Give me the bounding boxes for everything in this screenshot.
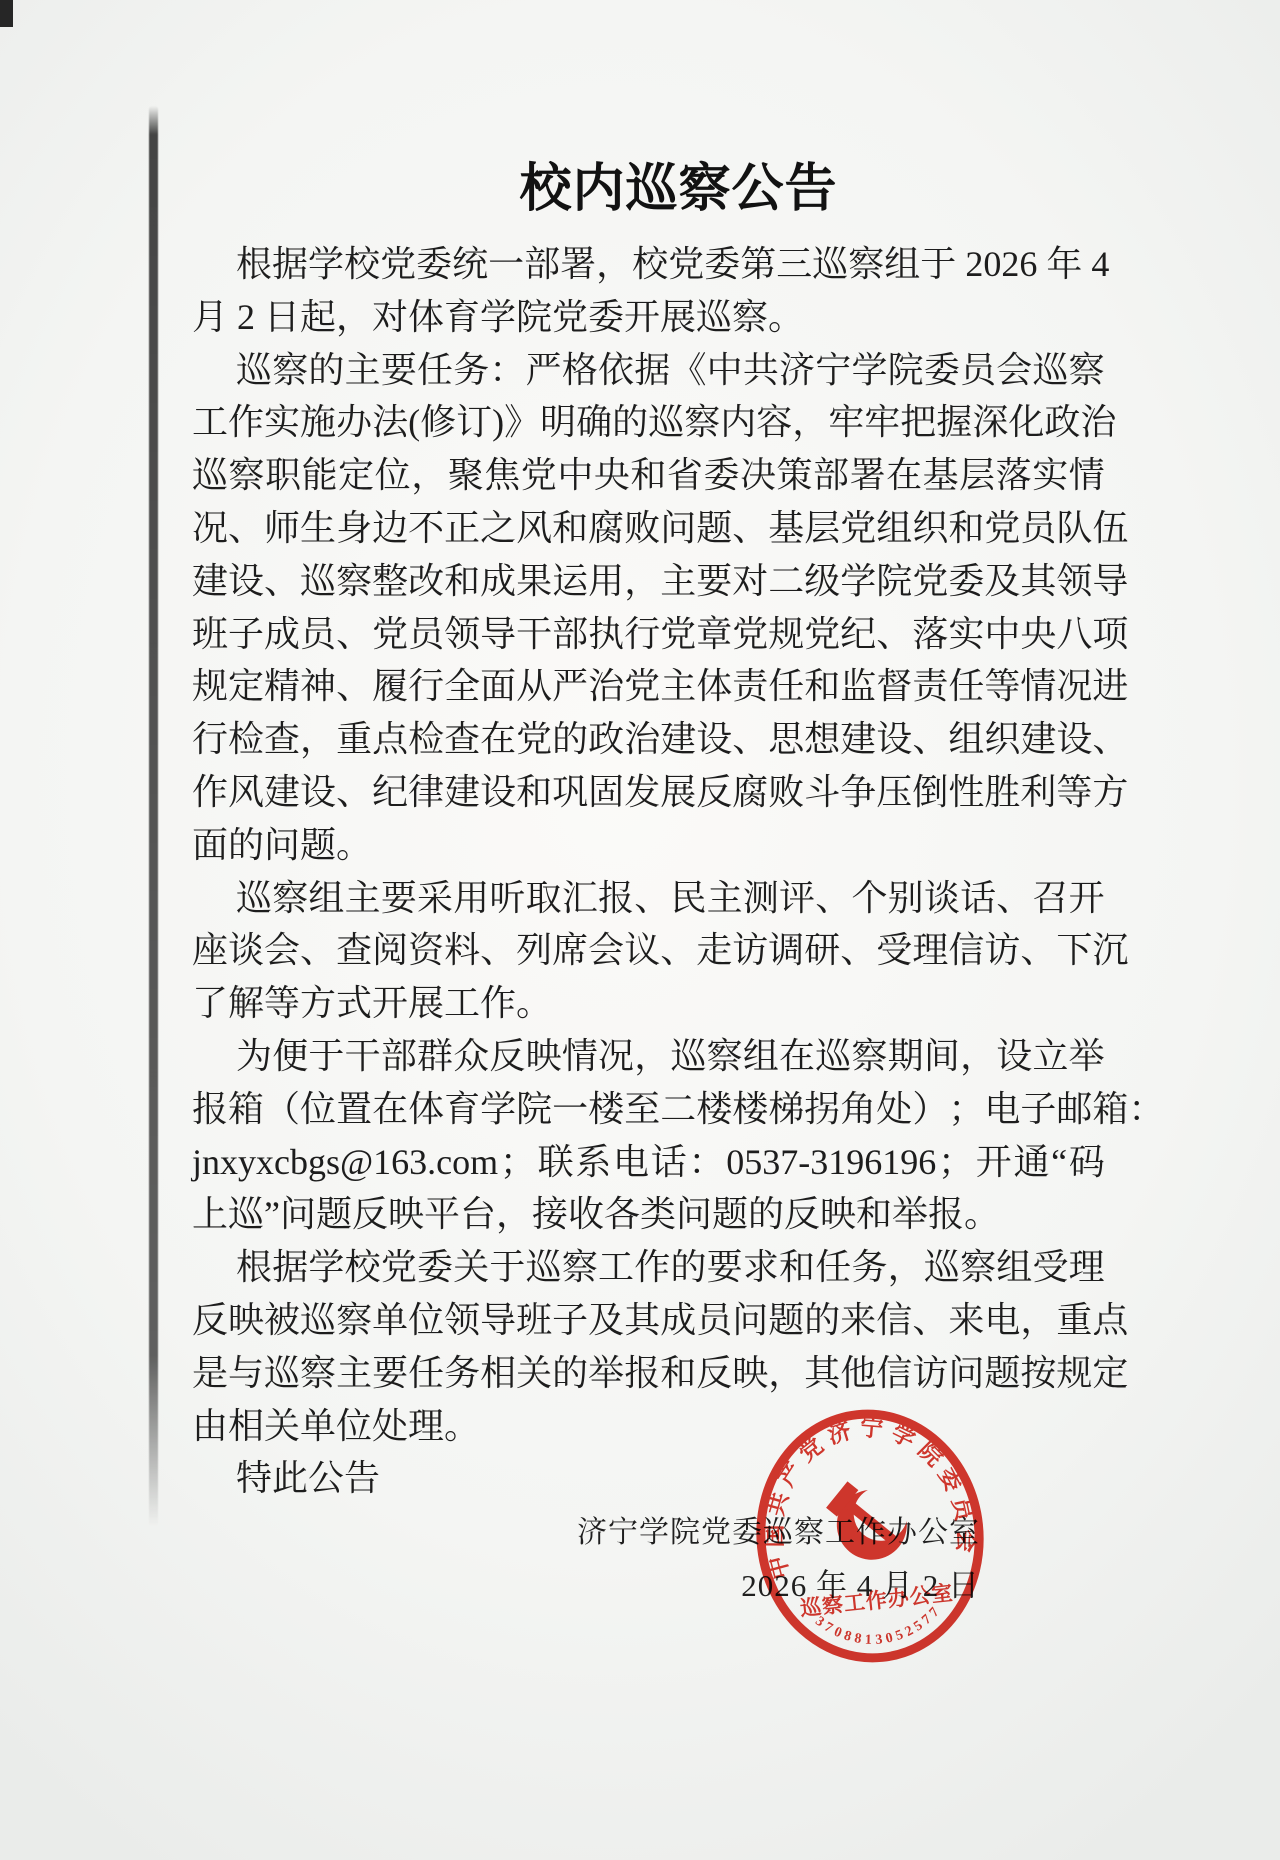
hammer-sickle-icon	[824, 1475, 913, 1564]
text-line: 根据学校党委关于巡察工作的要求和任务，巡察组受理	[192, 1241, 1105, 1294]
document-body: 根据学校党委统一部署，校党委第三巡察组于 2026 年 4月 2 日起，对体育学…	[192, 238, 1105, 1505]
text-line: 报箱（位置在体育学院一楼至二楼楼梯拐角处）；电子邮箱：	[192, 1083, 1105, 1136]
text-line: 是与巡察主要任务相关的举报和反映，其他信访问题按规定	[192, 1347, 1105, 1400]
text-line: 巡察组主要采用听取汇报、民主测评、个别谈话、召开	[192, 872, 1105, 925]
text-line: 面的问题。	[192, 819, 1105, 872]
official-seal: 中国共产党济宁学院委员会 巡察工作办公室 3708813052577	[739, 1392, 1001, 1679]
text-line: jnxyxcbgs@163.com；联系电话：0537-3196196；开通“码	[192, 1136, 1105, 1189]
paragraph: 巡察组主要采用听取汇报、民主测评、个别谈话、召开座谈会、查阅资料、列席会议、走访…	[192, 872, 1105, 1030]
text-line: 根据学校党委统一部署，校党委第三巡察组于 2026 年 4	[192, 238, 1105, 291]
text-line: 了解等方式开展工作。	[192, 977, 1105, 1030]
text-line: 班子成员、党员领导干部执行党章党规党纪、落实中央八项	[192, 608, 1105, 661]
paragraph: 巡察的主要任务：严格依据《中共济宁学院委员会巡察工作实施办法(修订)》明确的巡察…	[192, 344, 1105, 872]
text-line: 反映被巡察单位领导班子及其成员问题的来信、来电，重点	[192, 1294, 1105, 1347]
text-line: 建设、巡察整改和成果运用，主要对二级学院党委及其领导	[192, 555, 1105, 608]
text-line: 作风建设、纪律建设和巩固发展反腐败斗争压倒性胜利等方	[192, 766, 1105, 819]
text-line: 为便于干部群众反映情况，巡察组在巡察期间，设立举	[192, 1030, 1105, 1083]
document-title: 校内巡察公告	[222, 146, 1135, 221]
text-line: 上巡”问题反映平台，接收各类问题的反映和举报。	[192, 1188, 1105, 1241]
paragraph: 为便于干部群众反映情况，巡察组在巡察期间，设立举报箱（位置在体育学院一楼至二楼楼…	[192, 1030, 1105, 1241]
text-line: 行检查，重点检查在党的政治建设、思想建设、组织建设、	[192, 713, 1105, 766]
page-edge-shadow	[149, 106, 158, 1526]
seal-graphic: 中国共产党济宁学院委员会 巡察工作办公室 3708813052577	[739, 1392, 1001, 1679]
text-line: 座谈会、查阅资料、列席会议、走访调研、受理信访、下沉	[192, 924, 1105, 977]
scanned-document-page: 校内巡察公告 根据学校党委统一部署，校党委第三巡察组于 2026 年 4月 2 …	[0, 0, 1280, 1860]
text-line: 况、师生身边不正之风和腐败问题、基层党组织和党员队伍	[192, 502, 1105, 555]
text-line: 巡察的主要任务：严格依据《中共济宁学院委员会巡察	[192, 344, 1105, 397]
photo-corner-artifact	[0, 0, 13, 27]
text-line: 工作实施办法(修订)》明确的巡察内容，牢牢把握深化政治	[192, 396, 1105, 449]
text-line: 巡察职能定位，聚焦党中央和省委决策部署在基层落实情	[192, 449, 1105, 502]
paragraph: 根据学校党委统一部署，校党委第三巡察组于 2026 年 4月 2 日起，对体育学…	[192, 238, 1105, 344]
text-line: 月 2 日起，对体育学院党委开展巡察。	[192, 291, 1105, 344]
text-line: 规定精神、履行全面从严治党主体责任和监督责任等情况进	[192, 660, 1105, 713]
